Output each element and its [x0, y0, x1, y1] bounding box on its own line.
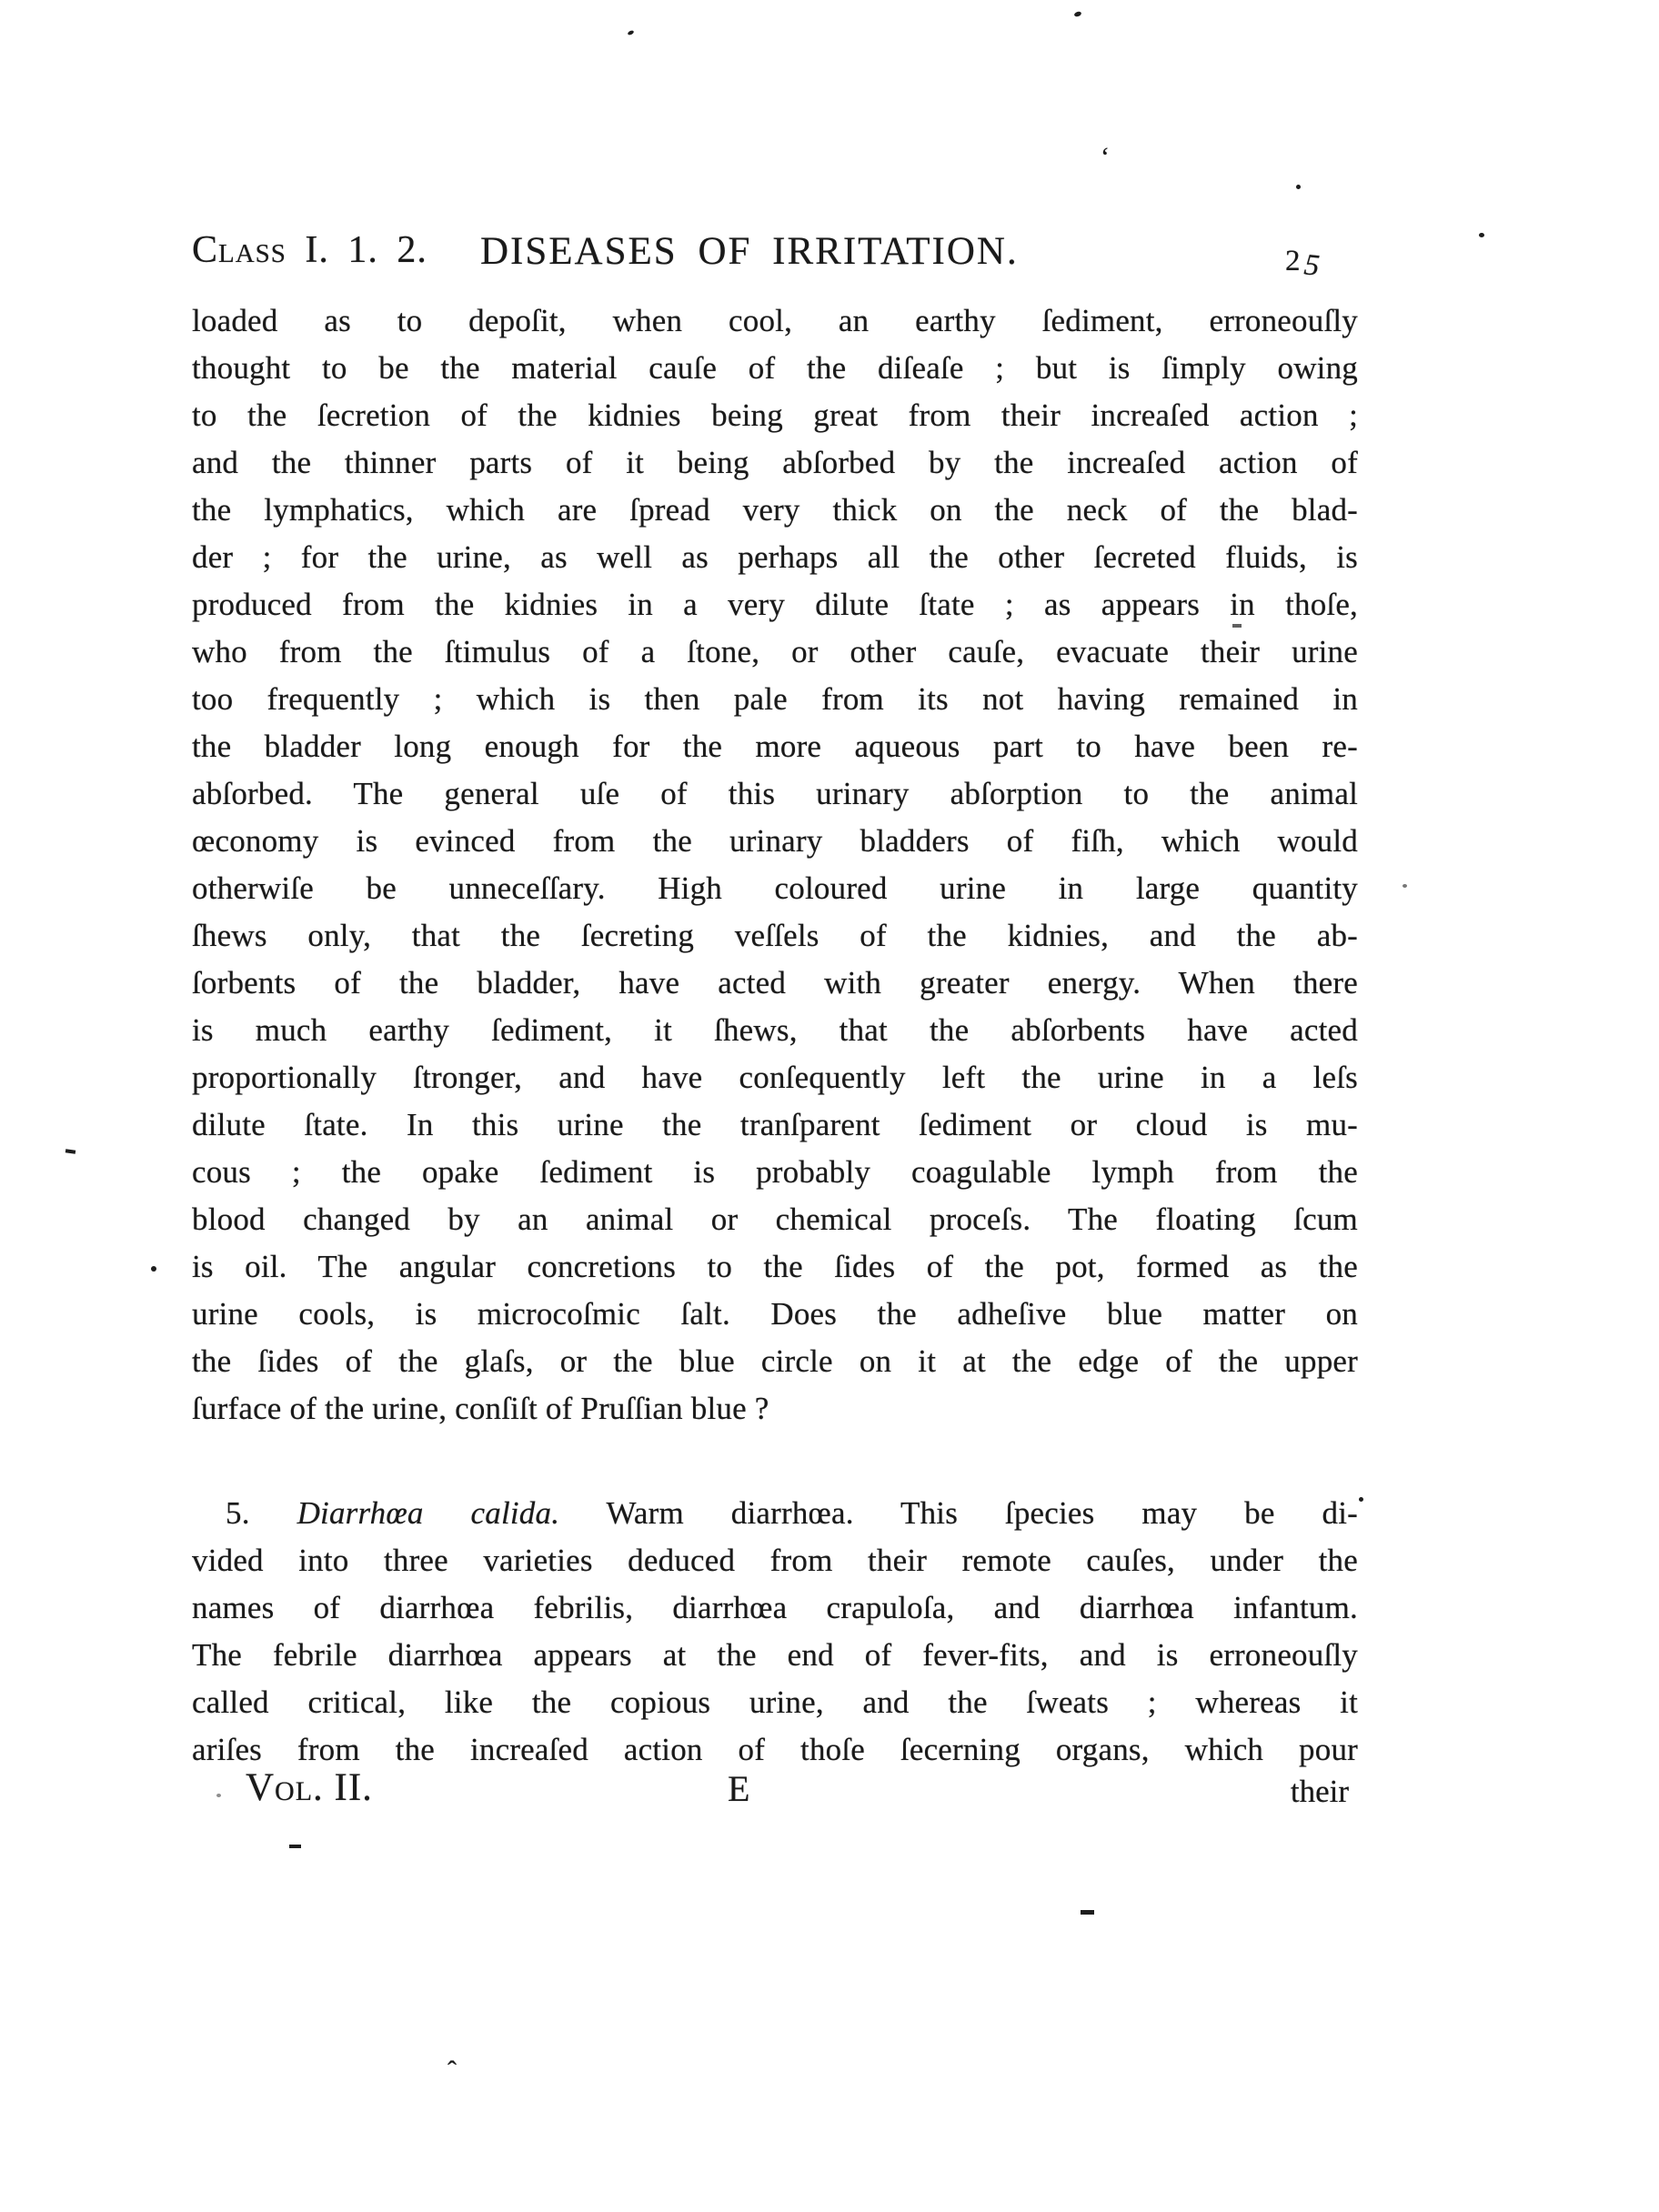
text-line: dilute ſtate. In this urine the tranſpar… — [192, 1101, 1358, 1149]
text-line: ſorbents of the bladder, have acted with… — [192, 960, 1358, 1007]
text-line: to the ſecretion of the kidnies being gr… — [192, 392, 1358, 439]
ink-speck — [1081, 1910, 1094, 1915]
ink-speck — [289, 1845, 301, 1848]
text-line: thought to be the material cauſe of the … — [192, 345, 1358, 392]
ink-speck — [627, 30, 634, 36]
text-line: urine cools, is microcoſmic ſalt. Does t… — [192, 1291, 1358, 1338]
page-number-digit: 5 — [1302, 250, 1321, 282]
species-first-line-text: Warm diarrhœa. This ſpecies may be di- — [606, 1495, 1358, 1531]
page-number-digit: 2 — [1285, 245, 1301, 277]
text-line: loaded as to depoſit, when cool, an eart… — [192, 297, 1358, 345]
ink-speck — [151, 1266, 156, 1272]
text-line: vided into three varieties deduced from … — [192, 1537, 1358, 1584]
text-line: cous ; the opake ſediment is probably co… — [192, 1149, 1358, 1196]
class-label: Class I. 1. 2. — [192, 231, 427, 269]
ink-mark: ˆ — [447, 2057, 457, 2085]
text-line: is much earthy ſediment, it ſhews, that … — [192, 1007, 1358, 1054]
text-line: ſurface of the urine, conſiſt of Pruſſia… — [192, 1385, 1358, 1433]
ink-mark: ‘ — [1101, 144, 1110, 171]
catchword: their — [1291, 1775, 1349, 1807]
book-page-scan: Class I. 1. 2. DISEASES OF IRRITATION. 2… — [0, 0, 1659, 2212]
paragraph-continuation: loaded as to depoſit, when cool, an eart… — [192, 297, 1358, 1433]
ink-speck — [1359, 1497, 1363, 1502]
text-line: the lymphatics, which are ſpread very th… — [192, 487, 1358, 534]
text-line: called critical, like the copious urine,… — [192, 1679, 1358, 1726]
text-line: is oil. The angular concretions to the ſ… — [192, 1243, 1358, 1291]
text-line: otherwiſe be unneceſſary. High coloured … — [192, 865, 1358, 912]
species-name-italic: Diarrhœa calida. — [297, 1495, 560, 1531]
text-line: The febrile diarrhœa appears at the end … — [192, 1632, 1358, 1679]
text-line: names of diarrhœa febrilis, diarrhœa cra… — [192, 1584, 1358, 1632]
text-line: œconomy is evinced from the urinary blad… — [192, 818, 1358, 865]
page-title: DISEASES OF IRRITATION. — [480, 232, 1019, 271]
text-line: too frequently ; which is then pale from… — [192, 676, 1358, 723]
page-number: 25 — [1285, 246, 1319, 276]
species-number: 5. — [226, 1495, 250, 1531]
ink-speck — [1479, 233, 1484, 237]
ink-speck — [1073, 11, 1081, 17]
text-line: der ; for the urine, as well as perhaps … — [192, 534, 1358, 581]
page-body: loaded as to depoſit, when cool, an eart… — [192, 297, 1358, 1774]
text-line: proportionally ſtronger, and have conſeq… — [192, 1054, 1358, 1101]
ink-speck — [65, 1149, 75, 1153]
text-line: who from the ſtimulus of a ſtone, or oth… — [192, 628, 1358, 676]
paragraph-diarrhoea-calida: 5. Diarrhœa calida. Warm diarrhœa. This … — [192, 1490, 1358, 1774]
text-line: the bladder long enough for the more aqu… — [192, 723, 1358, 770]
text-line: the ſides of the glaſs, or the blue circ… — [192, 1338, 1358, 1385]
volume-label: Vol. II. — [246, 1768, 373, 1807]
text-line: blood changed by an animal or chemical p… — [192, 1196, 1358, 1243]
text-line: and the thinner parts of it being abſorb… — [192, 439, 1358, 487]
text-line: 5. Diarrhœa calida. Warm diarrhœa. This … — [192, 1490, 1358, 1537]
text-line: produced from the kidnies in a very dilu… — [192, 581, 1358, 628]
text-line: abſorbed. The general uſe of this urinar… — [192, 770, 1358, 818]
ink-speck — [216, 1794, 221, 1797]
signature-mark: E — [728, 1771, 749, 1807]
ink-speck — [1232, 624, 1242, 628]
ink-speck — [1403, 884, 1407, 888]
text-line: ſhews only, that the ſecreting veſſels o… — [192, 912, 1358, 960]
ink-speck — [1296, 185, 1301, 189]
